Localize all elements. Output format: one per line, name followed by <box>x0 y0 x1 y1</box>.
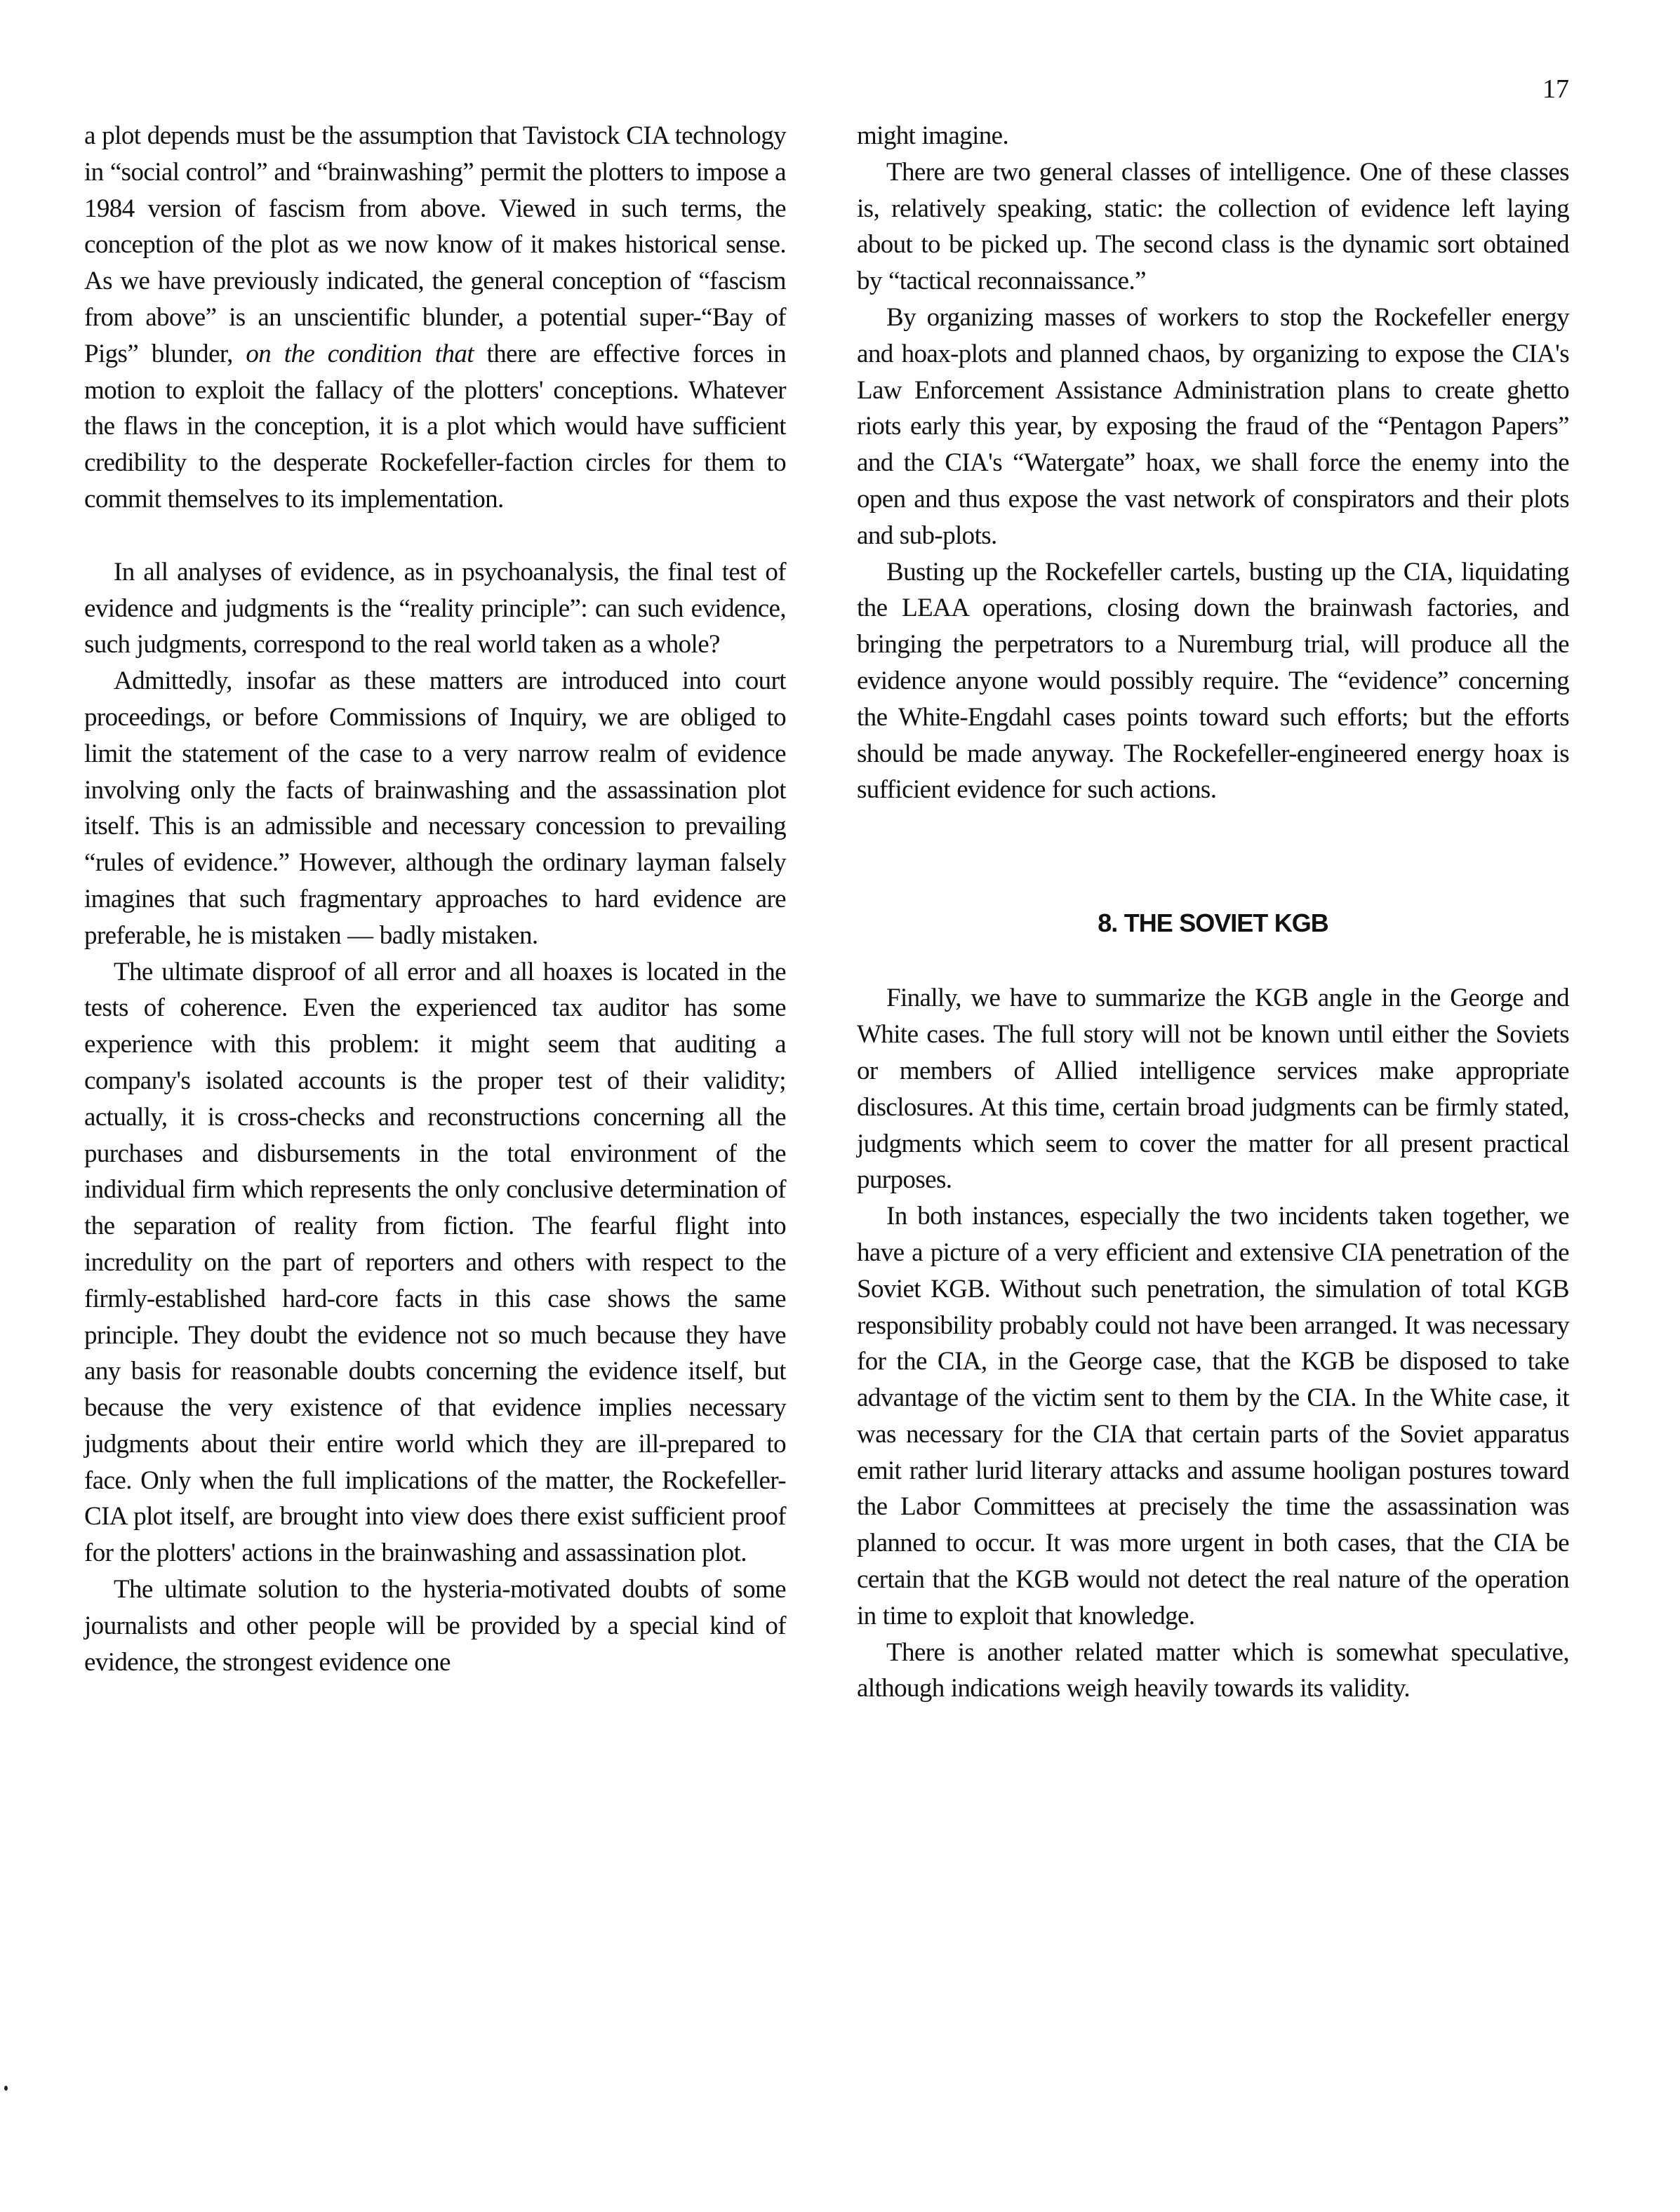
paragraph-text: a plot depends must be the assumption th… <box>84 121 786 368</box>
paragraph: Busting up the Rockefeller cartels, bust… <box>857 554 1569 809</box>
page-number: 17 <box>1542 76 1569 102</box>
paragraph: The ultimate solution to the hysteria-mo… <box>84 1571 786 1680</box>
scan-speck <box>4 2086 8 2091</box>
section-heading: 8. THE SOVIET KGB <box>857 908 1569 938</box>
paragraph: In all analyses of evidence, as in psych… <box>84 554 786 663</box>
paragraph: In both instances, especially the two in… <box>857 1198 1569 1635</box>
emphasis-text: on the condition that <box>246 340 474 368</box>
paragraph: There is another related matter which is… <box>857 1635 1569 1708</box>
paragraph: Finally, we have to summarize the KGB an… <box>857 980 1569 1198</box>
paragraph: Admittedly, insofar as these matters are… <box>84 663 786 953</box>
paragraph: The ultimate disproof of all error and a… <box>84 954 786 1572</box>
paragraph: a plot depends must be the assumption th… <box>84 118 786 518</box>
paragraph: By organizing masses of workers to stop … <box>857 300 1569 554</box>
paragraph: There are two general classes of intelli… <box>857 154 1569 300</box>
left-column: a plot depends must be the assumption th… <box>84 118 786 1680</box>
right-column: might imagine. There are two general cla… <box>857 118 1569 1707</box>
paragraph: might imagine. <box>857 118 1569 154</box>
